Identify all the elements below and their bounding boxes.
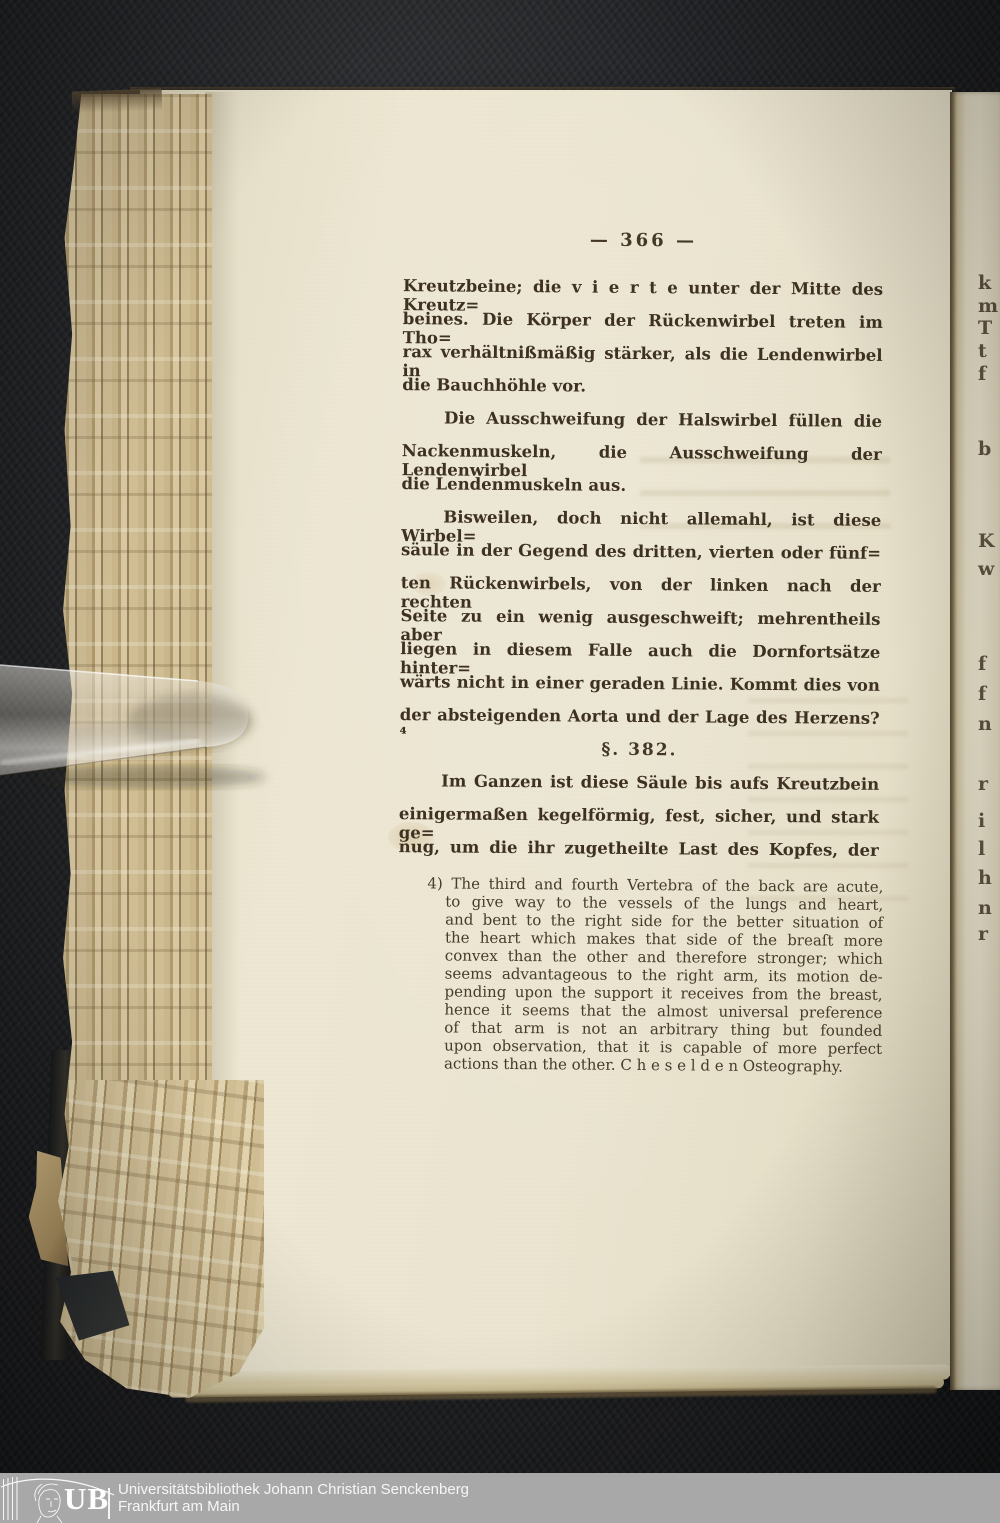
library-banner: UB Universitätsbibliothek Johann Christi…: [0, 1473, 1000, 1523]
text-line: Kreutzbeine; die v i e r t e unter der M…: [403, 276, 883, 313]
library-name-line1: Universitätsbibliothek Johann Christian …: [118, 1481, 469, 1498]
text-line: einigermaßen kegelförmig, fest, sicher, …: [399, 804, 879, 841]
footnote-block: 4) The third and fourth Vertebra of the …: [444, 874, 884, 1075]
text-line: die Bauchhöhle vor.: [402, 375, 882, 412]
book-scan-photo: kmTtfbKwffnrilhnr — 366 — Kreutzbeine; d…: [0, 0, 1000, 1523]
library-name: Universitätsbibliothek Johann Christian …: [118, 1481, 469, 1515]
text-line: beines. Die Körper der Rückenwirbel tret…: [403, 309, 883, 346]
text-line: nug, um die ihr zugetheilte Last des Kop…: [399, 837, 879, 874]
main-text-column: — 366 — Kreutzbeine; die v i e r t e unt…: [399, 228, 884, 874]
goethe-portrait-sketch: [35, 1484, 62, 1523]
text-line: säule in der Gegend des dritten, vierten…: [401, 540, 881, 577]
text-line: rax verhältnißmäßig stärker, als die Len…: [402, 342, 882, 379]
section-heading: §. 382.: [399, 738, 879, 775]
text-line: der absteigenden Aorta und der Lage des …: [400, 705, 880, 742]
banner-separator: [108, 1488, 110, 1519]
strip-cast-shadow: [35, 766, 265, 788]
footnote-line: actions than the other. C h e s e l d e …: [444, 1054, 882, 1075]
text-line: liegen in diesem Falle auch die Dornfort…: [400, 639, 880, 676]
glass-strip-graphic: [0, 645, 280, 795]
text-line: Bisweilen, doch nicht allemahl, ist dies…: [401, 507, 881, 544]
text-line: Seite zu ein wenig ausgeschweift; mehren…: [400, 606, 880, 643]
text-line: Im Ganzen ist diese Säule bis aufs Kreut…: [399, 771, 879, 808]
text-line: Die Ausschweifung der Halswirbel füllen …: [402, 408, 882, 445]
text-line: die Lendenmuskeln aus.: [401, 474, 881, 511]
library-name-line2: Frankfurt am Main: [118, 1498, 469, 1515]
text-line: ten Rückenwirbels, von der linken nach d…: [401, 573, 881, 610]
page-number: — 366 —: [403, 228, 883, 280]
glass-page-holder: [0, 645, 280, 795]
text-line: wärts nicht in einer geraden Linie. Komm…: [400, 672, 880, 709]
ub-logo-acronym: UB: [64, 1481, 109, 1517]
text-line: Nackenmuskeln, die Ausschweifung der Len…: [402, 441, 882, 478]
